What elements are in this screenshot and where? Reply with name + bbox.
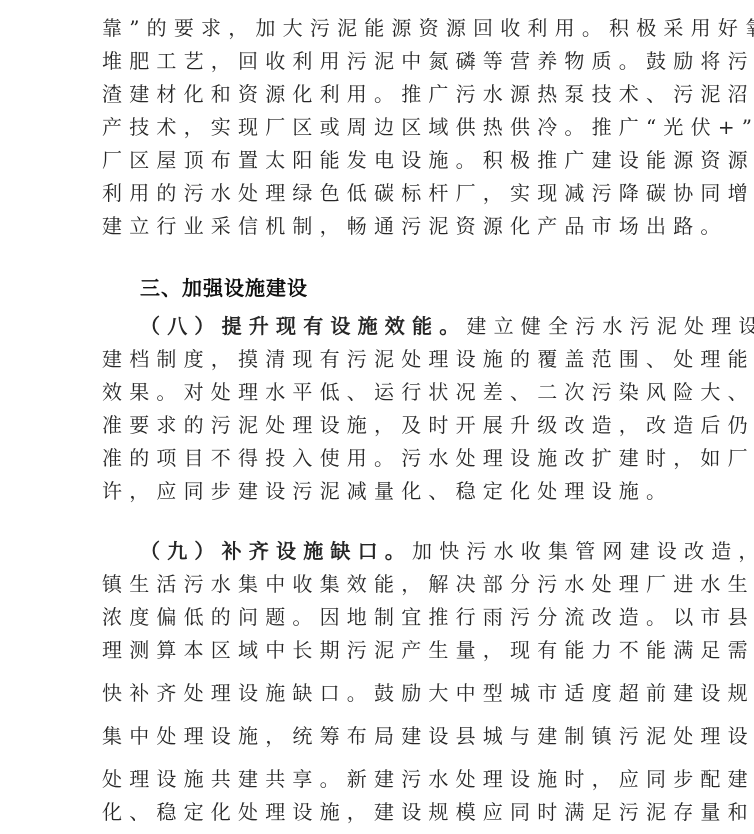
text-line: 集中处理设施，统筹布局建设县城与建制镇污泥处理设施，鼓励 bbox=[102, 720, 654, 753]
text-line: 堆肥工艺，回收利用污泥中氮磷等营养物质。鼓励将污泥焚烧灰 bbox=[102, 45, 654, 78]
text-line: 化、稳定化处理设施，建设规模应同时满足污泥存量和增量处理 bbox=[102, 796, 654, 829]
text-line: 镇生活污水集中收集效能，解决部分污水处理厂进水生化需氧量 bbox=[102, 568, 654, 601]
text-line: 快补齐处理设施缺口。鼓励大中型城市适度超前建设规模化污泥 bbox=[102, 677, 654, 710]
paragraph-9-first-line: （九）补齐设施缺口。加快污水收集管网建设改造，提高城 bbox=[140, 535, 692, 568]
text-line: 靠”的要求，加大污泥能源资源回收利用。积极采用好氧发酵等 bbox=[102, 12, 654, 45]
text-line: 效果。对处理水平低、运行状况差、二次污染风险大、不符合标 bbox=[102, 376, 654, 409]
paragraph-8-first-line: （八）提升现有设施效能。建立健全污水污泥处理设施普查 bbox=[140, 310, 692, 343]
document-page: 靠”的要求，加大污泥能源资源回收利用。积极采用好氧发酵等 堆肥工艺，回收利用污泥… bbox=[0, 0, 754, 834]
text-line: 建立行业采信机制，畅通污泥资源化产品市场出路。 bbox=[102, 210, 654, 243]
section-heading: 三、加强设施建设 bbox=[140, 272, 692, 305]
text-line: 厂区屋顶布置太阳能发电设施。积极推广建设能源资源高效循环 bbox=[102, 144, 654, 177]
text-line: 浓度偏低的问题。因地制宜推行雨污分流改造。以市县为单元合 bbox=[102, 601, 654, 634]
text-line: 利用的污水处理绿色低碳标杆厂，实现减污降碳协同增效。探索 bbox=[102, 177, 654, 210]
text-line: 建档制度，摸清现有污泥处理设施的覆盖范围、处理能力和运行 bbox=[102, 343, 654, 376]
text-line: 渣建材化和资源化利用。推广污水源热泵技术、污泥沼气热电联 bbox=[102, 78, 654, 111]
text-line: 产技术，实现厂区或周边区域供热供冷。推广“光伏+”模式，在 bbox=[102, 111, 654, 144]
text-line: 许，应同步建设污泥减量化、稳定化处理设施。 bbox=[102, 475, 654, 508]
paragraph-8-first-rest: 建立健全污水污泥处理设施普查 bbox=[466, 314, 754, 338]
paragraph-9-first-rest: 加快污水收集管网建设改造，提高城 bbox=[412, 539, 754, 563]
text-line: 理测算本区域中长期污泥产生量，现有能力不能满足需求的，加 bbox=[102, 634, 654, 667]
paragraph-9-lead: （九）补齐设施缺口。 bbox=[140, 539, 412, 563]
text-line: 准要求的污泥处理设施，及时开展升级改造，改造后仍未达到标 bbox=[102, 409, 654, 442]
paragraph-8-lead: （八）提升现有设施效能。 bbox=[140, 314, 466, 338]
text-line: 准的项目不得投入使用。污水处理设施改扩建时，如厂区空间允 bbox=[102, 442, 654, 475]
text-line: 处理设施共建共享。新建污水处理设施时，应同步配建污泥减量 bbox=[102, 763, 654, 796]
